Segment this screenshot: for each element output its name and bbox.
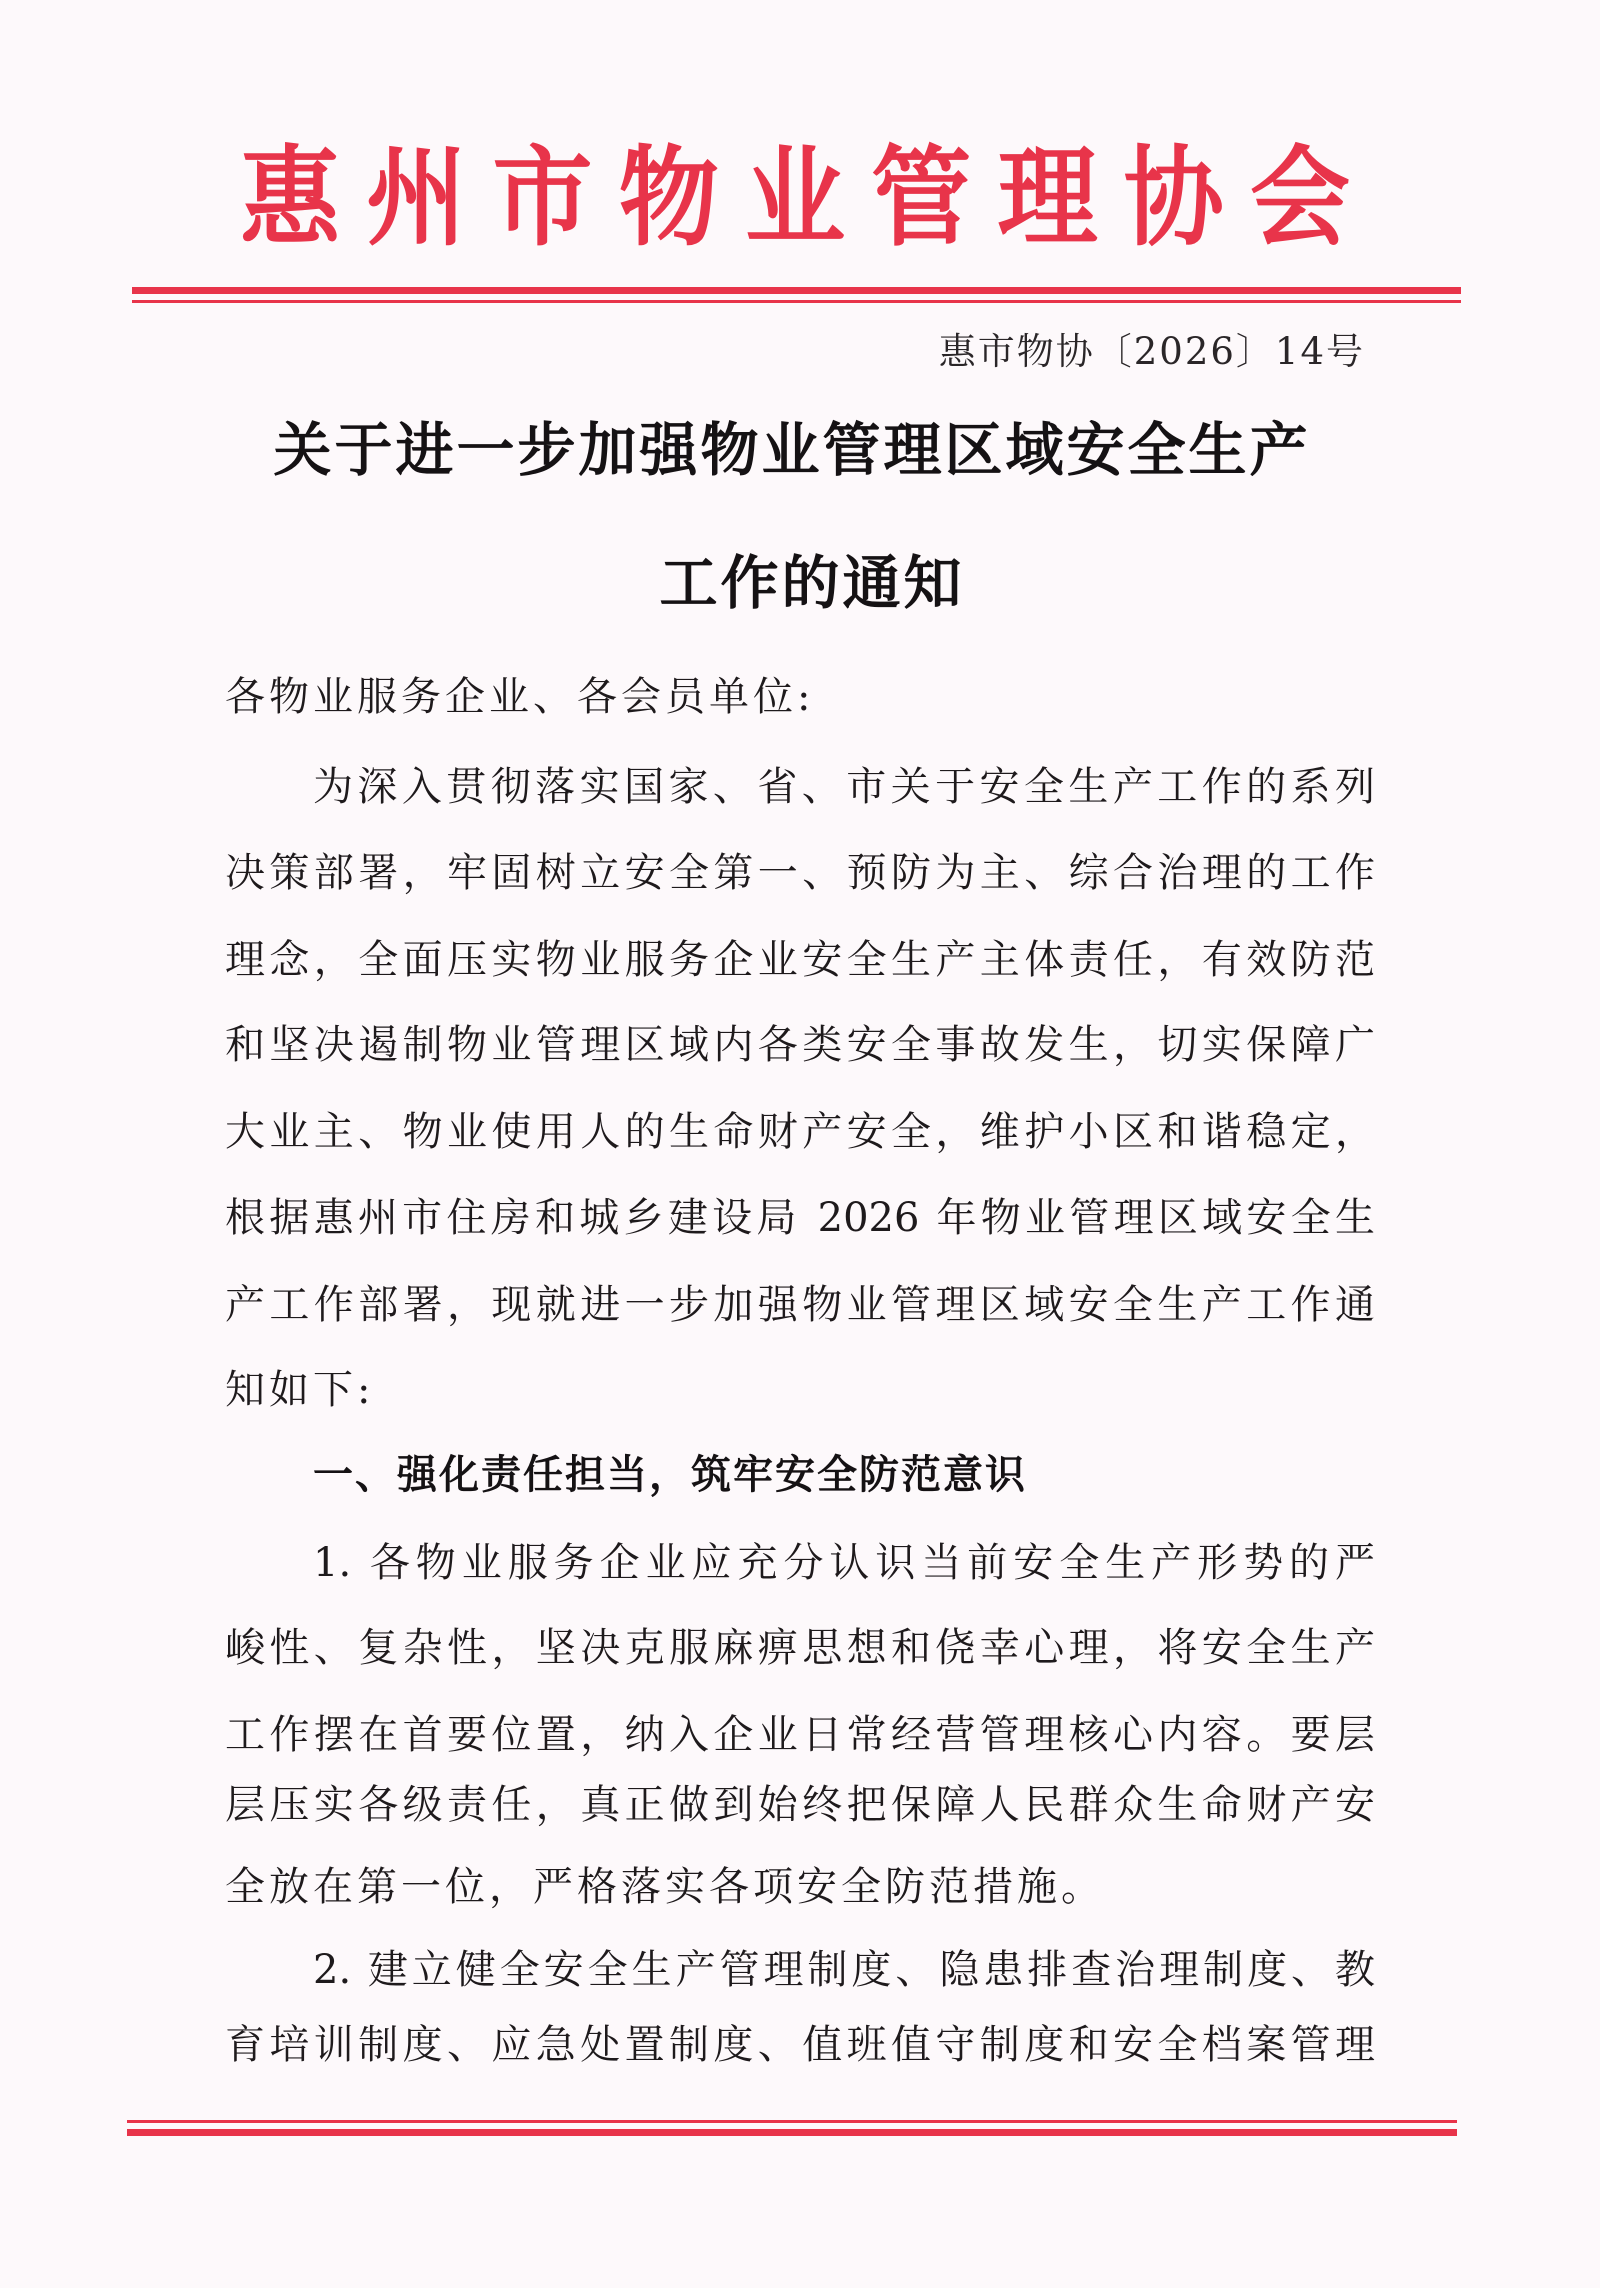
masthead-char: 惠 bbox=[240, 135, 340, 259]
salutation: 各物业服务企业、各会员单位: bbox=[225, 672, 1375, 722]
document-page: 惠 州 市 物 业 管 理 协 会 惠市物协〔2026〕14号 关于进一步加强物… bbox=[0, 0, 1600, 2288]
section-heading-1: 一、强化责任担当，筑牢安全防范意识 bbox=[313, 1450, 1463, 1500]
header-divider-thick bbox=[132, 287, 1461, 294]
masthead-char: 市 bbox=[493, 135, 593, 259]
body-paragraph-line: 理念，全面压实物业服务企业安全生产主体责任，有效防范 bbox=[225, 935, 1375, 985]
masthead-char: 会 bbox=[1250, 135, 1350, 259]
masthead-title: 惠 州 市 物 业 管 理 协 会 bbox=[240, 140, 1350, 255]
item-1-line: 层压实各级责任，真正做到始终把保障人民群众生命财产安 bbox=[225, 1780, 1375, 1830]
body-paragraph-line: 产工作部署，现就进一步加强物业管理区域安全生产工作通 bbox=[225, 1280, 1375, 1330]
body-paragraph-line: 大业主、物业使用人的生命财产安全，维护小区和谐稳定， bbox=[225, 1107, 1375, 1157]
footer-divider-thin bbox=[127, 2120, 1457, 2123]
body-paragraph-line: 和坚决遏制物业管理区域内各类安全事故发生，切实保障广 bbox=[225, 1020, 1375, 1070]
item-1-line: 峻性、复杂性，坚决克服麻痹思想和侥幸心理，将安全生产 bbox=[225, 1623, 1375, 1673]
body-paragraph-line: 为深入贯彻落实国家、省、市关于安全生产工作的系列 bbox=[313, 762, 1375, 812]
item-1-line: 工作摆在首要位置，纳入企业日常经营管理核心内容。要层 bbox=[225, 1710, 1375, 1760]
document-title-line-2: 工作的通知 bbox=[12, 548, 1600, 618]
header-divider-thin bbox=[132, 300, 1461, 303]
document-number: 惠市物协〔2026〕14号 bbox=[939, 328, 1365, 376]
masthead-char: 业 bbox=[745, 135, 845, 259]
masthead-char: 州 bbox=[366, 135, 466, 259]
document-title-line-1: 关于进一步加强物业管理区域安全生产 bbox=[0, 415, 1592, 485]
footer-divider-thick bbox=[127, 2129, 1457, 2136]
body-paragraph-line: 决策部署，牢固树立安全第一、预防为主、综合治理的工作 bbox=[225, 848, 1375, 898]
masthead-char: 物 bbox=[619, 135, 719, 259]
masthead-char: 管 bbox=[871, 135, 971, 259]
item-1-line: 全放在第一位，严格落实各项安全防范措施。 bbox=[225, 1862, 1375, 1912]
item-2-line: 2. 建立健全安全生产管理制度、隐患排查治理制度、教 bbox=[313, 1945, 1375, 1995]
item-1-line: 1. 各物业服务企业应充分认识当前安全生产形势的严 bbox=[313, 1538, 1375, 1588]
masthead-char: 协 bbox=[1124, 135, 1224, 259]
body-paragraph-line: 知如下: bbox=[225, 1365, 1375, 1415]
body-paragraph-line: 根据惠州市住房和城乡建设局 2026 年物业管理区域安全生 bbox=[225, 1193, 1375, 1243]
item-2-line: 育培训制度、应急处置制度、值班值守制度和安全档案管理 bbox=[225, 2020, 1375, 2070]
masthead-char: 理 bbox=[998, 135, 1098, 259]
